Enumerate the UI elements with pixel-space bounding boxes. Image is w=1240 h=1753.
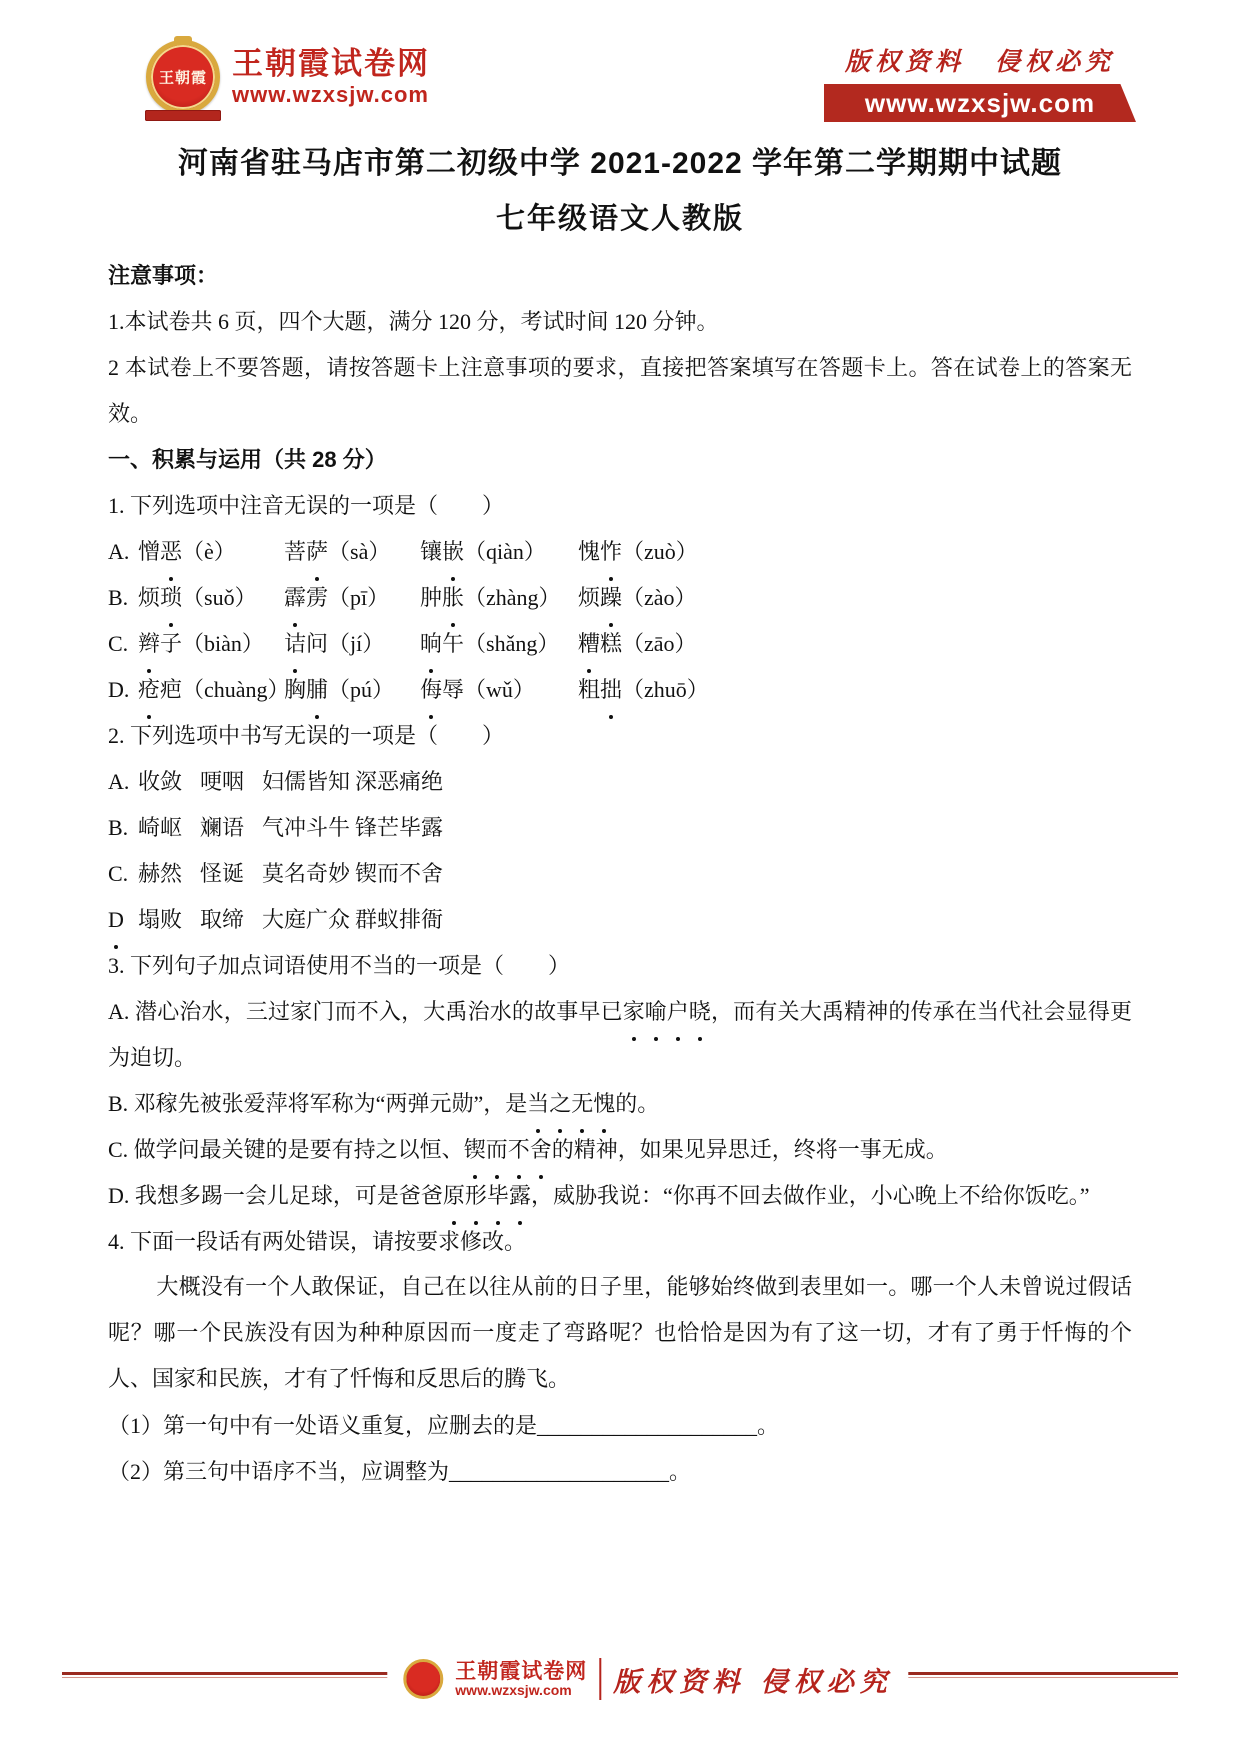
site-url: www.wzxsjw.com <box>232 83 430 107</box>
option-word: 收敛 <box>138 759 200 805</box>
option-word: 群蚁排衙 <box>355 897 1132 943</box>
copyright-block: 版权资料 侵权必究 www.wzxsjw.com <box>824 42 1136 122</box>
option-word: 诘问（jí） <box>284 621 420 667</box>
option-label: B. <box>108 805 138 851</box>
option-label: D <box>108 897 138 943</box>
option-word: 锲而不舍 <box>355 851 1132 897</box>
option-word: 糟糕（zāo） <box>578 621 1132 667</box>
q1-option-a: A. 憎恶（è） 菩萨（sà） 镶嵌（qiàn） 愧怍（zuò） <box>108 529 1132 575</box>
q3-option-b: B. 邓稼先被张爱萍将军称为“两弹元勋”，是当之无愧的。 <box>108 1081 1132 1127</box>
q4-paragraph: 大概没有一个人敢保证，自己在以往从前的日子里，能够始终做到表里如一。哪一个人未曾… <box>108 1265 1132 1403</box>
option-label: C. <box>108 621 138 667</box>
option-word: 崎岖 <box>138 805 200 851</box>
option-label: D. <box>108 667 138 713</box>
option-word: 斓语 <box>200 805 262 851</box>
option-word: 胸脯（pú） <box>284 667 420 713</box>
option-word: 深恶痛绝 <box>355 759 1132 805</box>
notice-item-1: 1.本试卷共 6 页，四个大题，满分 120 分，考试时间 120 分钟。 <box>108 299 1132 345</box>
option-word: 菩萨（sà） <box>284 529 420 575</box>
seal-icon-small <box>403 1659 443 1699</box>
option-word: 侮辱（wǔ） <box>420 667 578 713</box>
exam-subtitle: 七年级语文人教版 <box>108 196 1132 237</box>
brand-text-block: 王朝霞试卷网 www.wzxsjw.com <box>232 47 430 106</box>
url-banner: www.wzxsjw.com <box>824 84 1136 122</box>
option-word: 大庭广众 <box>262 897 355 943</box>
seal-text: 王朝霞 <box>151 67 215 88</box>
q3-option-a: A. 潜心治水，三过家门而不入，大禹治水的故事早已家喻户晓，而有关大禹精神的传承… <box>108 989 1132 1081</box>
option-word: 塌败 <box>138 897 200 943</box>
footer-divider <box>599 1658 601 1700</box>
q4-blank-1: （1）第一句中有一处语义重复，应删去的是____________________… <box>108 1403 1132 1449</box>
copyright-notice: 版权资料 侵权必究 <box>824 42 1136 78</box>
q4-blank-2: （2）第三句中语序不当，应调整为____________________。 <box>108 1449 1132 1495</box>
q3-stem: 3. 下列句子加点词语使用不当的一项是（ ） <box>108 943 1132 989</box>
footer-copyright-notice: 版权资料 侵权必究 <box>613 1660 892 1699</box>
exam-paper-page: 王朝霞 王朝霞试卷网 www.wzxsjw.com 版权资料 侵权必究 www.… <box>0 0 1240 1753</box>
q1-stem: 1. 下列选项中注音无误的一项是（ ） <box>108 483 1132 529</box>
option-label: B. <box>108 575 138 621</box>
footer-brand-text: 王朝霞试卷网 www.wzxsjw.com <box>455 1661 587 1698</box>
option-word: 镶嵌（qiàn） <box>420 529 578 575</box>
option-word: 锋芒毕露 <box>355 805 1132 851</box>
q2-option-a: A. 收敛 哽咽 妇儒皆知 深恶痛绝 <box>108 759 1132 805</box>
option-word: 烦躁（zào） <box>578 575 1132 621</box>
footer-site-name: 王朝霞试卷网 <box>455 1661 587 1683</box>
seal-ribbon <box>145 110 221 121</box>
q1-option-b: B. 烦琐（suǒ） 霹雳（pī） 肿胀（zhàng） 烦躁（zào） <box>108 575 1132 621</box>
option-word: 愧怍（zuò） <box>578 529 1132 575</box>
seal-icon: 王朝霞 <box>146 40 220 114</box>
option-word: 取缔 <box>200 897 262 943</box>
page-footer: 王朝霞试卷网 www.wzxsjw.com 版权资料 侵权必究 <box>0 1658 1240 1728</box>
option-word: 怪诞 <box>200 851 262 897</box>
option-word: 憎恶（è） <box>138 529 284 575</box>
q4-stem: 4. 下面一段话有两处错误，请按要求修改。 <box>108 1219 1132 1265</box>
option-word: 哽咽 <box>200 759 262 805</box>
notice-item-2: 2 本试卷上不要答题，请按答题卡上注意事项的要求，直接把答案填写在答题卡上。答在… <box>108 345 1132 437</box>
option-word: 霹雳（pī） <box>284 575 420 621</box>
q2-option-c: C. 赫然 怪诞 莫名奇妙 锲而不舍 <box>108 851 1132 897</box>
q2-stem: 2. 下列选项中书写无误的一项是（ ） <box>108 713 1132 759</box>
q1-option-c: C. 辫子（biàn） 诘问（jí） 晌午（shǎng） 糟糕（zāo） <box>108 621 1132 667</box>
exam-title: 河南省驻马店市第二初级中学 2021-2022 学年第二学期期中试题 <box>108 138 1132 182</box>
option-word: 疮疤（chuàng） <box>138 667 284 713</box>
q2-option-b: B. 崎岖 斓语 气冲斗牛 锋芒毕露 <box>108 805 1132 851</box>
option-word: 赫然 <box>138 851 200 897</box>
q1-option-d: D. 疮疤（chuàng） 胸脯（pú） 侮辱（wǔ） 粗拙（zhuō） <box>108 667 1132 713</box>
notices-heading: 注意事项： <box>108 253 1132 299</box>
option-label: C. <box>108 851 138 897</box>
option-word: 妇儒皆知 <box>262 759 355 805</box>
option-word: 气冲斗牛 <box>262 805 355 851</box>
section-heading: 一、积累与运用（共 28 分） <box>108 437 1132 483</box>
footer-site-url: www.wzxsjw.com <box>455 1683 587 1698</box>
option-label: A. <box>108 529 138 575</box>
option-word: 粗拙（zhuō） <box>578 667 1132 713</box>
option-word: 莫名奇妙 <box>262 851 355 897</box>
option-word: 肿胀（zhàng） <box>420 575 578 621</box>
site-name: 王朝霞试卷网 <box>232 47 430 80</box>
footer-brand: 王朝霞试卷网 www.wzxsjw.com 版权资料 侵权必究 <box>387 1658 908 1700</box>
option-word: 辫子（biàn） <box>138 621 284 667</box>
option-word: 烦琐（suǒ） <box>138 575 284 621</box>
option-label: A. <box>108 759 138 805</box>
q3-option-c: C. 做学问最关键的是要有持之以恒、锲而不舍的精神，如果见异思迁，终将一事无成。 <box>108 1127 1132 1173</box>
site-logo: 王朝霞 王朝霞试卷网 www.wzxsjw.com <box>146 40 430 114</box>
q3-option-d: D. 我想多踢一会儿足球，可是爸爸原形毕露，威胁我说：“你再不回去做作业，小心晚… <box>108 1173 1132 1219</box>
q2-option-d: D 塌败 取缔 大庭广众 群蚁排衙 <box>108 897 1132 943</box>
exam-content: 河南省驻马店市第二初级中学 2021-2022 学年第二学期期中试题 七年级语文… <box>108 138 1132 1495</box>
option-word: 晌午（shǎng） <box>420 621 578 667</box>
